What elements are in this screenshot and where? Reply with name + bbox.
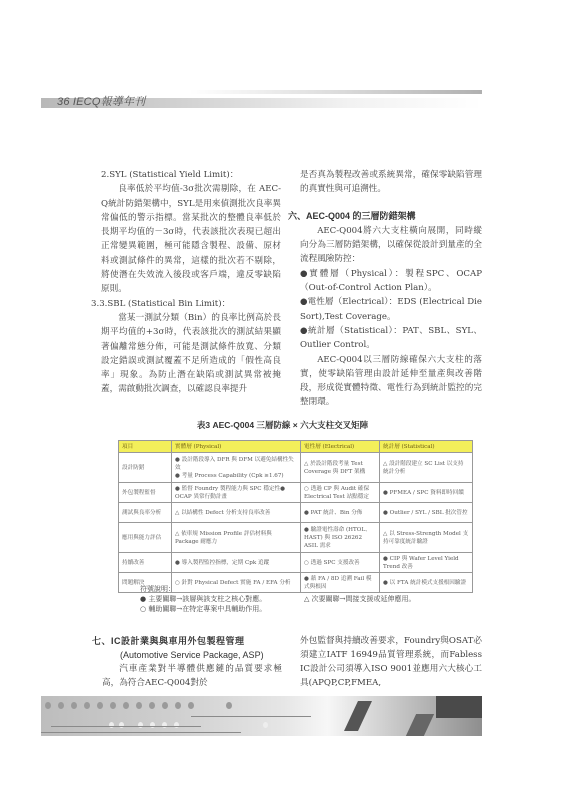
row-label: 外包製程監督 <box>119 483 172 503</box>
cell-physical: △ 以結構性 Defect 分析支持良率改善 <box>172 503 301 523</box>
table-header-row: 項目 實體層 (Physical) 電性層 (Electrical) 統計層 (… <box>119 441 473 453</box>
cell-statistical: ● PFMEA / SPC 資料即時回饋 <box>380 483 473 503</box>
section7-subtitle: (Automotive Service Package, ASP) <box>92 648 282 662</box>
symbol-legend: 符號說明： ● 主要關聯→該層與該支柱之核心對應。 ○ 輔助關聯→在特定專案中具… <box>140 584 266 614</box>
item2-title: 2.SYL (Statistical Yield Limit)： <box>101 168 281 182</box>
row-label: 應用與能力評估 <box>119 523 172 553</box>
item3-body: 當某一測試分類（Bin）的良率比例高於長期平均值的+3σ時，代表該批次的測試結果… <box>101 311 281 397</box>
table-row: 持續改善 ● 導入製程監控指標，定期 Cpk 追蹤 ○ 透過 SPC 支援改善 … <box>119 553 473 573</box>
bullet-statistical: ●統計層（Statistical）：PAT、SBL、SYL、Outlier Co… <box>300 324 482 353</box>
header-physical: 實體層 (Physical) <box>172 441 301 453</box>
connector-shape <box>436 696 482 718</box>
cell-statistical: △ 設計階段建立 SC List 以支持統計分析 <box>380 453 473 483</box>
cell-statistical: ● 以 FTA 統計模式支援根因驗證 <box>380 573 473 593</box>
table-row: 測試與良率分析 △ 以結構性 Defect 分析支持良率改善 ● PAT 統計、… <box>119 503 473 523</box>
cell-physical: △ 依車規 Mission Profile 評估材料與 Package 耐應力 <box>172 523 301 553</box>
continued-text: 是否真為製程改善或系統異常，確保零缺陷管理的真實性與可追溯性。 <box>300 168 482 197</box>
cell-electrical: ○ 透過 SPC 支援改善 <box>301 553 380 573</box>
section6-intro: AEC-Q004將六大支柱橫向展開，同時縱向分為三層防錯架構，以確保從設計到量產… <box>300 224 482 267</box>
cell-physical: ● 設計階段導入 DFR 與 DFM 以避免結構性失效 ● 考量 Process… <box>172 453 301 483</box>
right-column: 是否真為製程改善或系統異常，確保零缺陷管理的真實性與可追溯性。 六、AEC-Q0… <box>300 168 482 410</box>
circuit-board-banner <box>41 696 482 736</box>
header-electrical: 電性層 (Electrical) <box>301 441 380 453</box>
cell-statistical: ● CIP 與 Wafer Level Yield Trend 改善 <box>380 553 473 573</box>
header-item: 項目 <box>119 441 172 453</box>
table-row: 外包製程監督 ● 監督 Foundry 製程能力與 SPC 穩定性● OCAP … <box>119 483 473 503</box>
section7-right-body: 外包監督與持續改善要求，Foundry與OSAT必須建立IATF 16949品質… <box>300 634 482 690</box>
cell-electrical: △ 於設計階段考量 Test Coverage 與 DFT 架構 <box>301 453 380 483</box>
cell-physical: ● 導入製程監控指標，定期 Cpk 追蹤 <box>172 553 301 573</box>
matrix-table: 項目 實體層 (Physical) 電性層 (Electrical) 統計層 (… <box>118 440 473 593</box>
cell-electrical: ● PAT 統計、Bin 分佈 <box>301 503 380 523</box>
legend-primary: ● 主要關聯→該層與該支柱之核心對應。 <box>140 594 266 604</box>
cell-physical: ● 監督 Foundry 製程能力與 SPC 穩定性● OCAP 異常行動計畫 <box>172 483 301 503</box>
legend-title: 符號說明： <box>140 584 266 594</box>
table-row: 應用與能力評估 △ 依車規 Mission Profile 評估材料與 Pack… <box>119 523 473 553</box>
section7-right: 外包監督與持續改善要求，Foundry與OSAT必須建立IATF 16949品質… <box>300 634 482 690</box>
cell-electrical: ○ 透過 CP 與 Audit 確保 Electrical Test 站點穩定 <box>301 483 380 503</box>
item3-title: 3.3.SBL (Statistical Bin Limit)： <box>91 297 281 311</box>
section7-title: 七、IC設計業與與車用外包製程管理 <box>92 634 282 648</box>
page-title: 36 IECQ報導年刊 <box>57 93 145 109</box>
table-row: 設計防錯 ● 設計階段導入 DFR 與 DFM 以避免結構性失效 ● 考量 Pr… <box>119 453 473 483</box>
cell-statistical: ● Outlier / SYL / SBL 批次管控 <box>380 503 473 523</box>
row-label: 測試與良率分析 <box>119 503 172 523</box>
cell-electrical: ● 藉 FA / 8D 追溯 Fail 模式與根因 <box>301 573 380 593</box>
cell-statistical: △ 以 Stress-Strength Model 支持可靠度統計驗證 <box>380 523 473 553</box>
left-column: 2.SYL (Statistical Yield Limit)： 良率低於平均值… <box>101 168 281 397</box>
section7-left-body: 汽車產業對半導體供應鏈的品質要求極高，為符合AEC-Q004對於 <box>92 662 282 690</box>
section7-left: 七、IC設計業與與車用外包製程管理 (Automotive Service Pa… <box>92 634 282 690</box>
table-caption: 表3 AEC-Q004 三層防線 × 六大支柱交叉矩陣 <box>0 419 565 431</box>
section6-title: 六、AEC-Q004 的三層防錯架構 <box>288 209 482 223</box>
header-statistical: 統計層 (Statistical) <box>380 441 473 453</box>
header-rule <box>190 90 482 94</box>
bullet-physical: ●實體層（Physical）：製程SPC、OCAP（Out-of-Control… <box>300 267 482 296</box>
row-label: 持續改善 <box>119 553 172 573</box>
cell-electrical: ● 驗證電性壽命 (HTOL、HAST) 與 ISO 26262 ASIL 需求 <box>301 523 380 553</box>
item2-body: 良率低於平均值-3σ批次需剔除，在 AEC-Q統計防錯架構中，SYL是用來偵測批… <box>101 182 281 296</box>
row-label: 設計防錯 <box>119 453 172 483</box>
section6-summary: AEC-Q004以三層防線確保六大支柱的落實，使零缺陷管理由設計延伸至量產與改善… <box>300 353 482 410</box>
legend-auxiliary: ○ 輔助關聯→在特定專案中具輔助作用。 <box>140 604 266 614</box>
legend-secondary: △ 次要關聯→間接支援或延伸應用。 <box>304 594 504 604</box>
bullet-electrical: ●電性層（Electrical）：EDS (Electrical Die Sor… <box>300 295 482 324</box>
